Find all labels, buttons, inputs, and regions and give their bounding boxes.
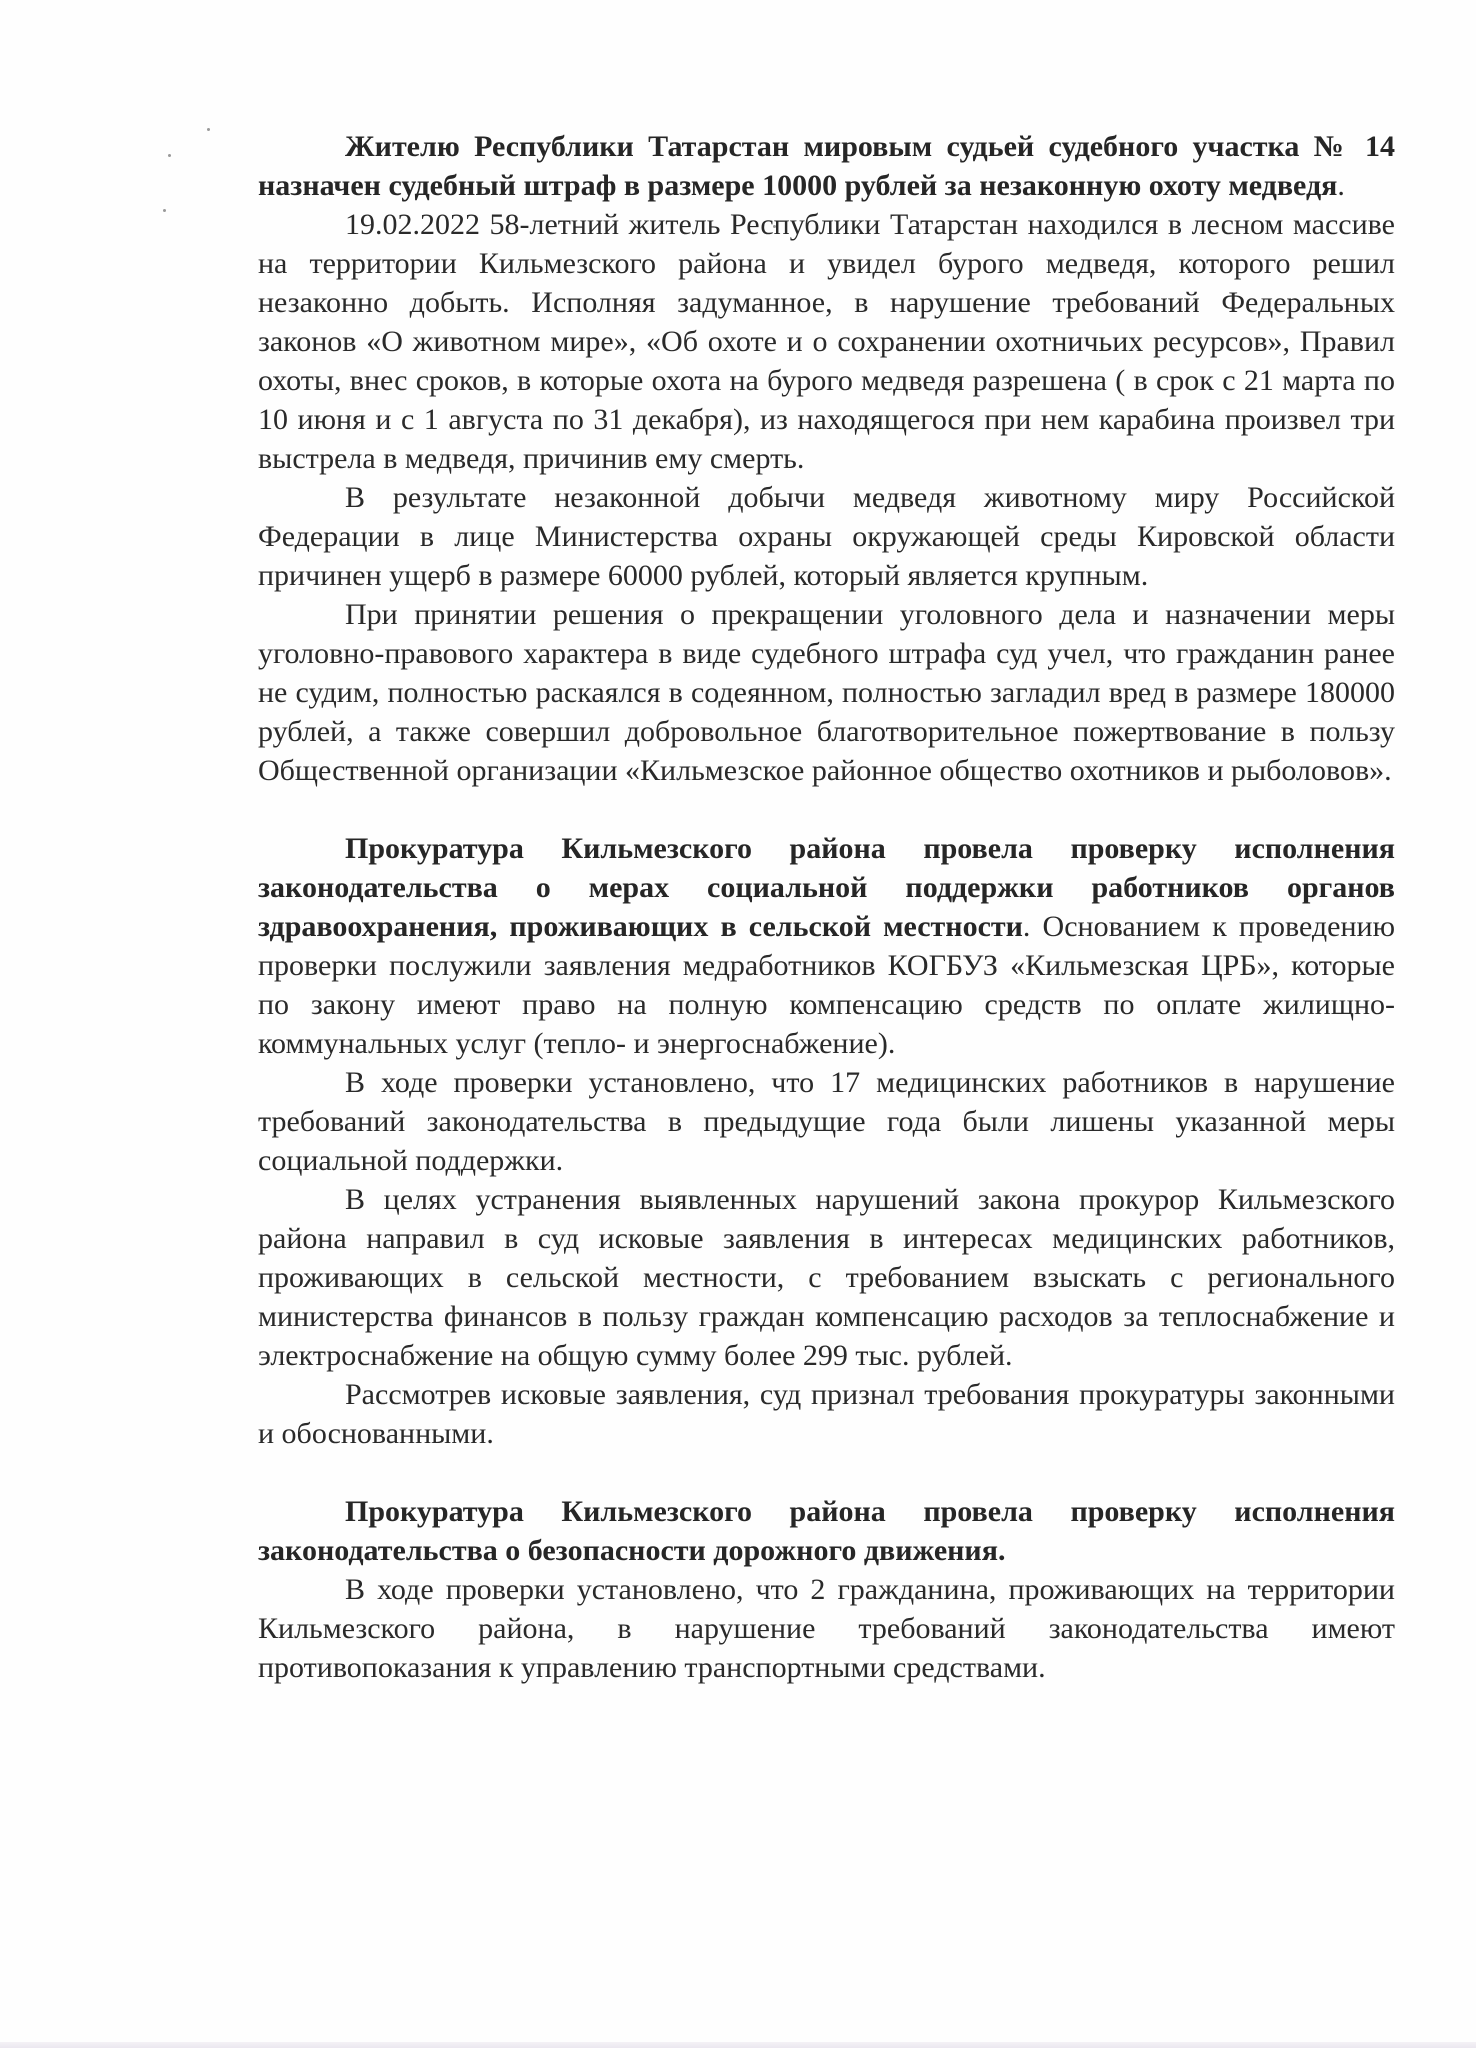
section-spacer	[258, 790, 1395, 829]
news-item-bear-poaching: Жителю Республики Татарстан мировым судь…	[258, 127, 1395, 790]
news-item-road-safety: Прокуратура Кильмезского района провела …	[258, 1492, 1395, 1687]
body-paragraph: В целях устранения выявленных нарушений …	[258, 1180, 1395, 1375]
headline-bold: Жителю Республики Татарстан мировым судь…	[258, 130, 1395, 202]
scan-bottom-edge	[0, 2042, 1476, 2048]
headline-paragraph: Жителю Республики Татарстан мировым судь…	[258, 127, 1395, 205]
scan-speck	[163, 209, 166, 212]
document-page: Жителю Республики Татарстан мировым судь…	[258, 127, 1395, 1687]
body-paragraph: В ходе проверки установлено, что 17 меди…	[258, 1063, 1395, 1180]
headline-paragraph: Прокуратура Кильмезского района провела …	[258, 829, 1395, 1063]
body-paragraph: Рассмотрев исковые заявления, суд призна…	[258, 1375, 1395, 1453]
headline-tail: .	[1337, 169, 1345, 202]
news-item-medical-workers: Прокуратура Кильмезского района провела …	[258, 829, 1395, 1453]
body-paragraph: В ходе проверки установлено, что 2 гражд…	[258, 1570, 1395, 1687]
scan-speck	[207, 128, 210, 131]
body-paragraph: 19.02.2022 58-летний житель Республики Т…	[258, 205, 1395, 478]
headline-paragraph: Прокуратура Кильмезского района провела …	[258, 1492, 1395, 1570]
section-spacer	[258, 1453, 1395, 1492]
body-paragraph: При принятии решения о прекращении уголо…	[258, 595, 1395, 790]
body-paragraph: В результате незаконной добычи медведя ж…	[258, 478, 1395, 595]
scan-speck	[773, 225, 776, 228]
headline-bold: Прокуратура Кильмезского района провела …	[258, 1495, 1395, 1567]
scan-speck	[168, 154, 171, 157]
